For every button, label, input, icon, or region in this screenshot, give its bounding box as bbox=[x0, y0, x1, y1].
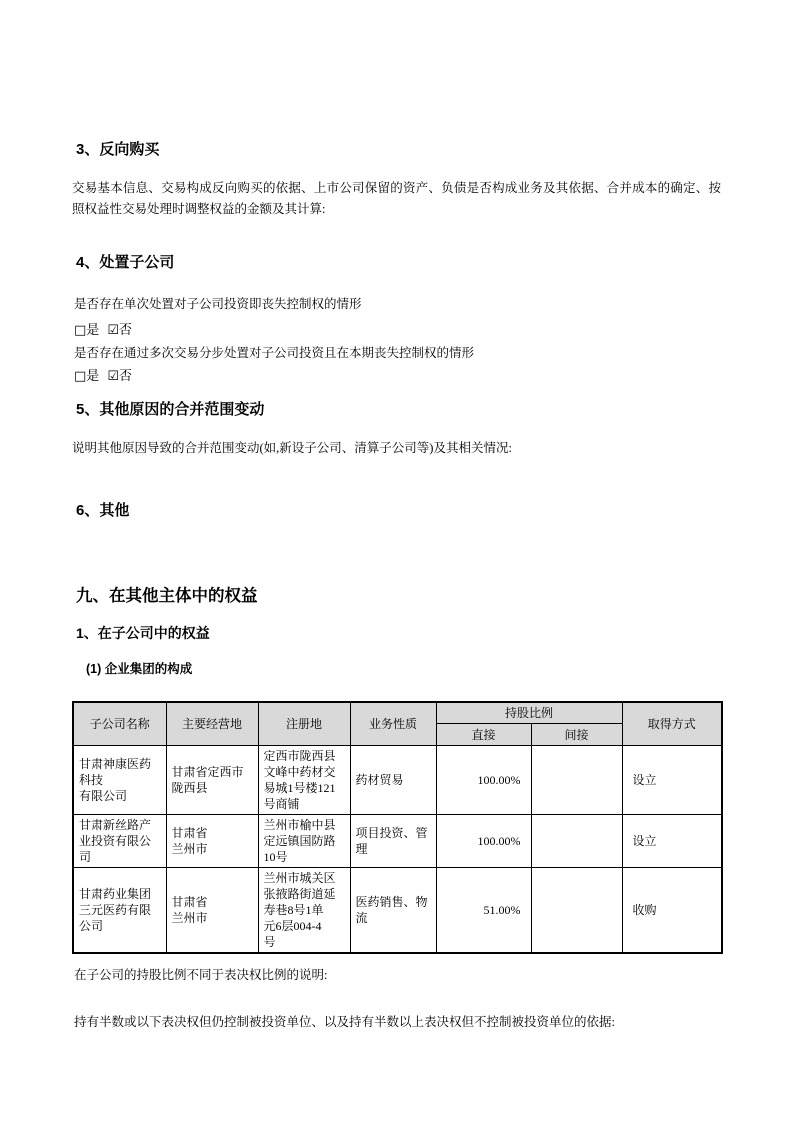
section-4-heading: 4、处置子公司 bbox=[76, 253, 721, 273]
table-row: 甘肃药业集团 三元医药有限 公司 甘肃省 兰州市 兰州市城关区 张掖路街道延 寿… bbox=[73, 868, 722, 954]
section-5-body: 说明其他原因导致的合并范围变动(如,新设子公司、清算子公司等)及其相关情况: bbox=[72, 438, 721, 459]
cell-indirect-ratio bbox=[531, 815, 622, 868]
col-header-acquisition-method: 取得方式 bbox=[622, 702, 722, 746]
yes-label: 是 bbox=[86, 322, 99, 337]
yes-label: 是 bbox=[86, 368, 99, 383]
section-9-heading: 九、在其他主体中的权益 bbox=[76, 585, 721, 607]
checkbox-unchecked-icon: □ bbox=[74, 323, 86, 338]
col-header-operating-place: 主要经营地 bbox=[166, 702, 258, 746]
cell-registered-place: 兰州市榆中县 定远镇国防路 10号 bbox=[258, 815, 350, 868]
cell-direct-ratio: 100.00% bbox=[436, 746, 531, 815]
section-3-heading: 3、反向购买 bbox=[76, 140, 721, 160]
cell-operating-place: 甘肃省 兰州市 bbox=[166, 815, 258, 868]
section-9-1-1-heading: (1) 企业集团的构成 bbox=[86, 660, 721, 678]
subsidiaries-table: 子公司名称 主要经营地 注册地 业务性质 持股比例 取得方式 直接 间接 甘肃神… bbox=[72, 701, 723, 954]
note-control-basis: 持有半数或以下表决权但仍控制被投资单位、以及持有半数以上表决权但不控制被投资单位… bbox=[74, 1012, 721, 1032]
section-4-question-1: 是否存在单次处置对子公司投资即丧失控制权的情形 bbox=[74, 294, 721, 314]
cell-registered-place: 兰州市城关区 张掖路街道延 寿巷8号1单 元6层004-4 号 bbox=[258, 868, 350, 954]
col-header-subsidiary-name: 子公司名称 bbox=[73, 702, 166, 746]
checkbox-checked-icon: ☑ bbox=[107, 369, 119, 384]
cell-business-nature: 医药销售、物 流 bbox=[350, 868, 436, 954]
note-voting-rights-difference: 在子公司的持股比例不同于表决权比例的说明: bbox=[74, 965, 721, 985]
cell-business-nature: 项目投资、管 理 bbox=[350, 815, 436, 868]
checkbox-checked-icon: ☑ bbox=[107, 323, 119, 338]
cell-acquisition-method: 设立 bbox=[622, 815, 722, 868]
col-header-registered-place: 注册地 bbox=[258, 702, 350, 746]
document-page: 3、反向购买 交易基本信息、交易构成反向购买的依据、上市公司保留的资产、负债是否… bbox=[0, 0, 793, 1122]
cell-acquisition-method: 设立 bbox=[622, 746, 722, 815]
table-row: 甘肃新丝路产 业投资有限公 司 甘肃省 兰州市 兰州市榆中县 定远镇国防路 10… bbox=[73, 815, 722, 868]
cell-direct-ratio: 51.00% bbox=[436, 868, 531, 954]
col-header-shareholding-ratio: 持股比例 bbox=[436, 702, 622, 724]
cell-subsidiary-name: 甘肃新丝路产 业投资有限公 司 bbox=[73, 815, 166, 868]
cell-registered-place: 定西市陇西县 文峰中药材交 易城1号楼121 号商铺 bbox=[258, 746, 350, 815]
cell-operating-place: 甘肃省 兰州市 bbox=[166, 868, 258, 954]
cell-indirect-ratio bbox=[531, 746, 622, 815]
checkbox-unchecked-icon: □ bbox=[74, 369, 86, 384]
cell-subsidiary-name: 甘肃药业集团 三元医药有限 公司 bbox=[73, 868, 166, 954]
section-9-1-heading: 1、在子公司中的权益 bbox=[76, 623, 721, 643]
section-4-answer-1: □是☑否 bbox=[74, 319, 721, 341]
cell-acquisition-method: 收购 bbox=[622, 868, 722, 954]
col-header-direct: 直接 bbox=[436, 724, 531, 746]
no-label: 否 bbox=[119, 368, 132, 383]
table-row: 甘肃神康医药 科技 有限公司 甘肃省定西市 陇西县 定西市陇西县 文峰中药材交 … bbox=[73, 746, 722, 815]
cell-direct-ratio: 100.00% bbox=[436, 815, 531, 868]
section-6-heading: 6、其他 bbox=[76, 501, 721, 521]
col-header-business-nature: 业务性质 bbox=[350, 702, 436, 746]
cell-indirect-ratio bbox=[531, 868, 622, 954]
section-4-answer-2: □是☑否 bbox=[74, 365, 721, 387]
col-header-indirect: 间接 bbox=[531, 724, 622, 746]
cell-operating-place: 甘肃省定西市 陇西县 bbox=[166, 746, 258, 815]
section-4-question-2: 是否存在通过多次交易分步处置对子公司投资且在本期丧失控制权的情形 bbox=[74, 343, 721, 363]
section-3-body: 交易基本信息、交易构成反向购买的依据、上市公司保留的资产、负债是否构成业务及其依… bbox=[72, 178, 721, 220]
section-5-heading: 5、其他原因的合并范围变动 bbox=[76, 400, 721, 420]
cell-business-nature: 药材贸易 bbox=[350, 746, 436, 815]
cell-subsidiary-name: 甘肃神康医药 科技 有限公司 bbox=[73, 746, 166, 815]
no-label: 否 bbox=[119, 322, 132, 337]
